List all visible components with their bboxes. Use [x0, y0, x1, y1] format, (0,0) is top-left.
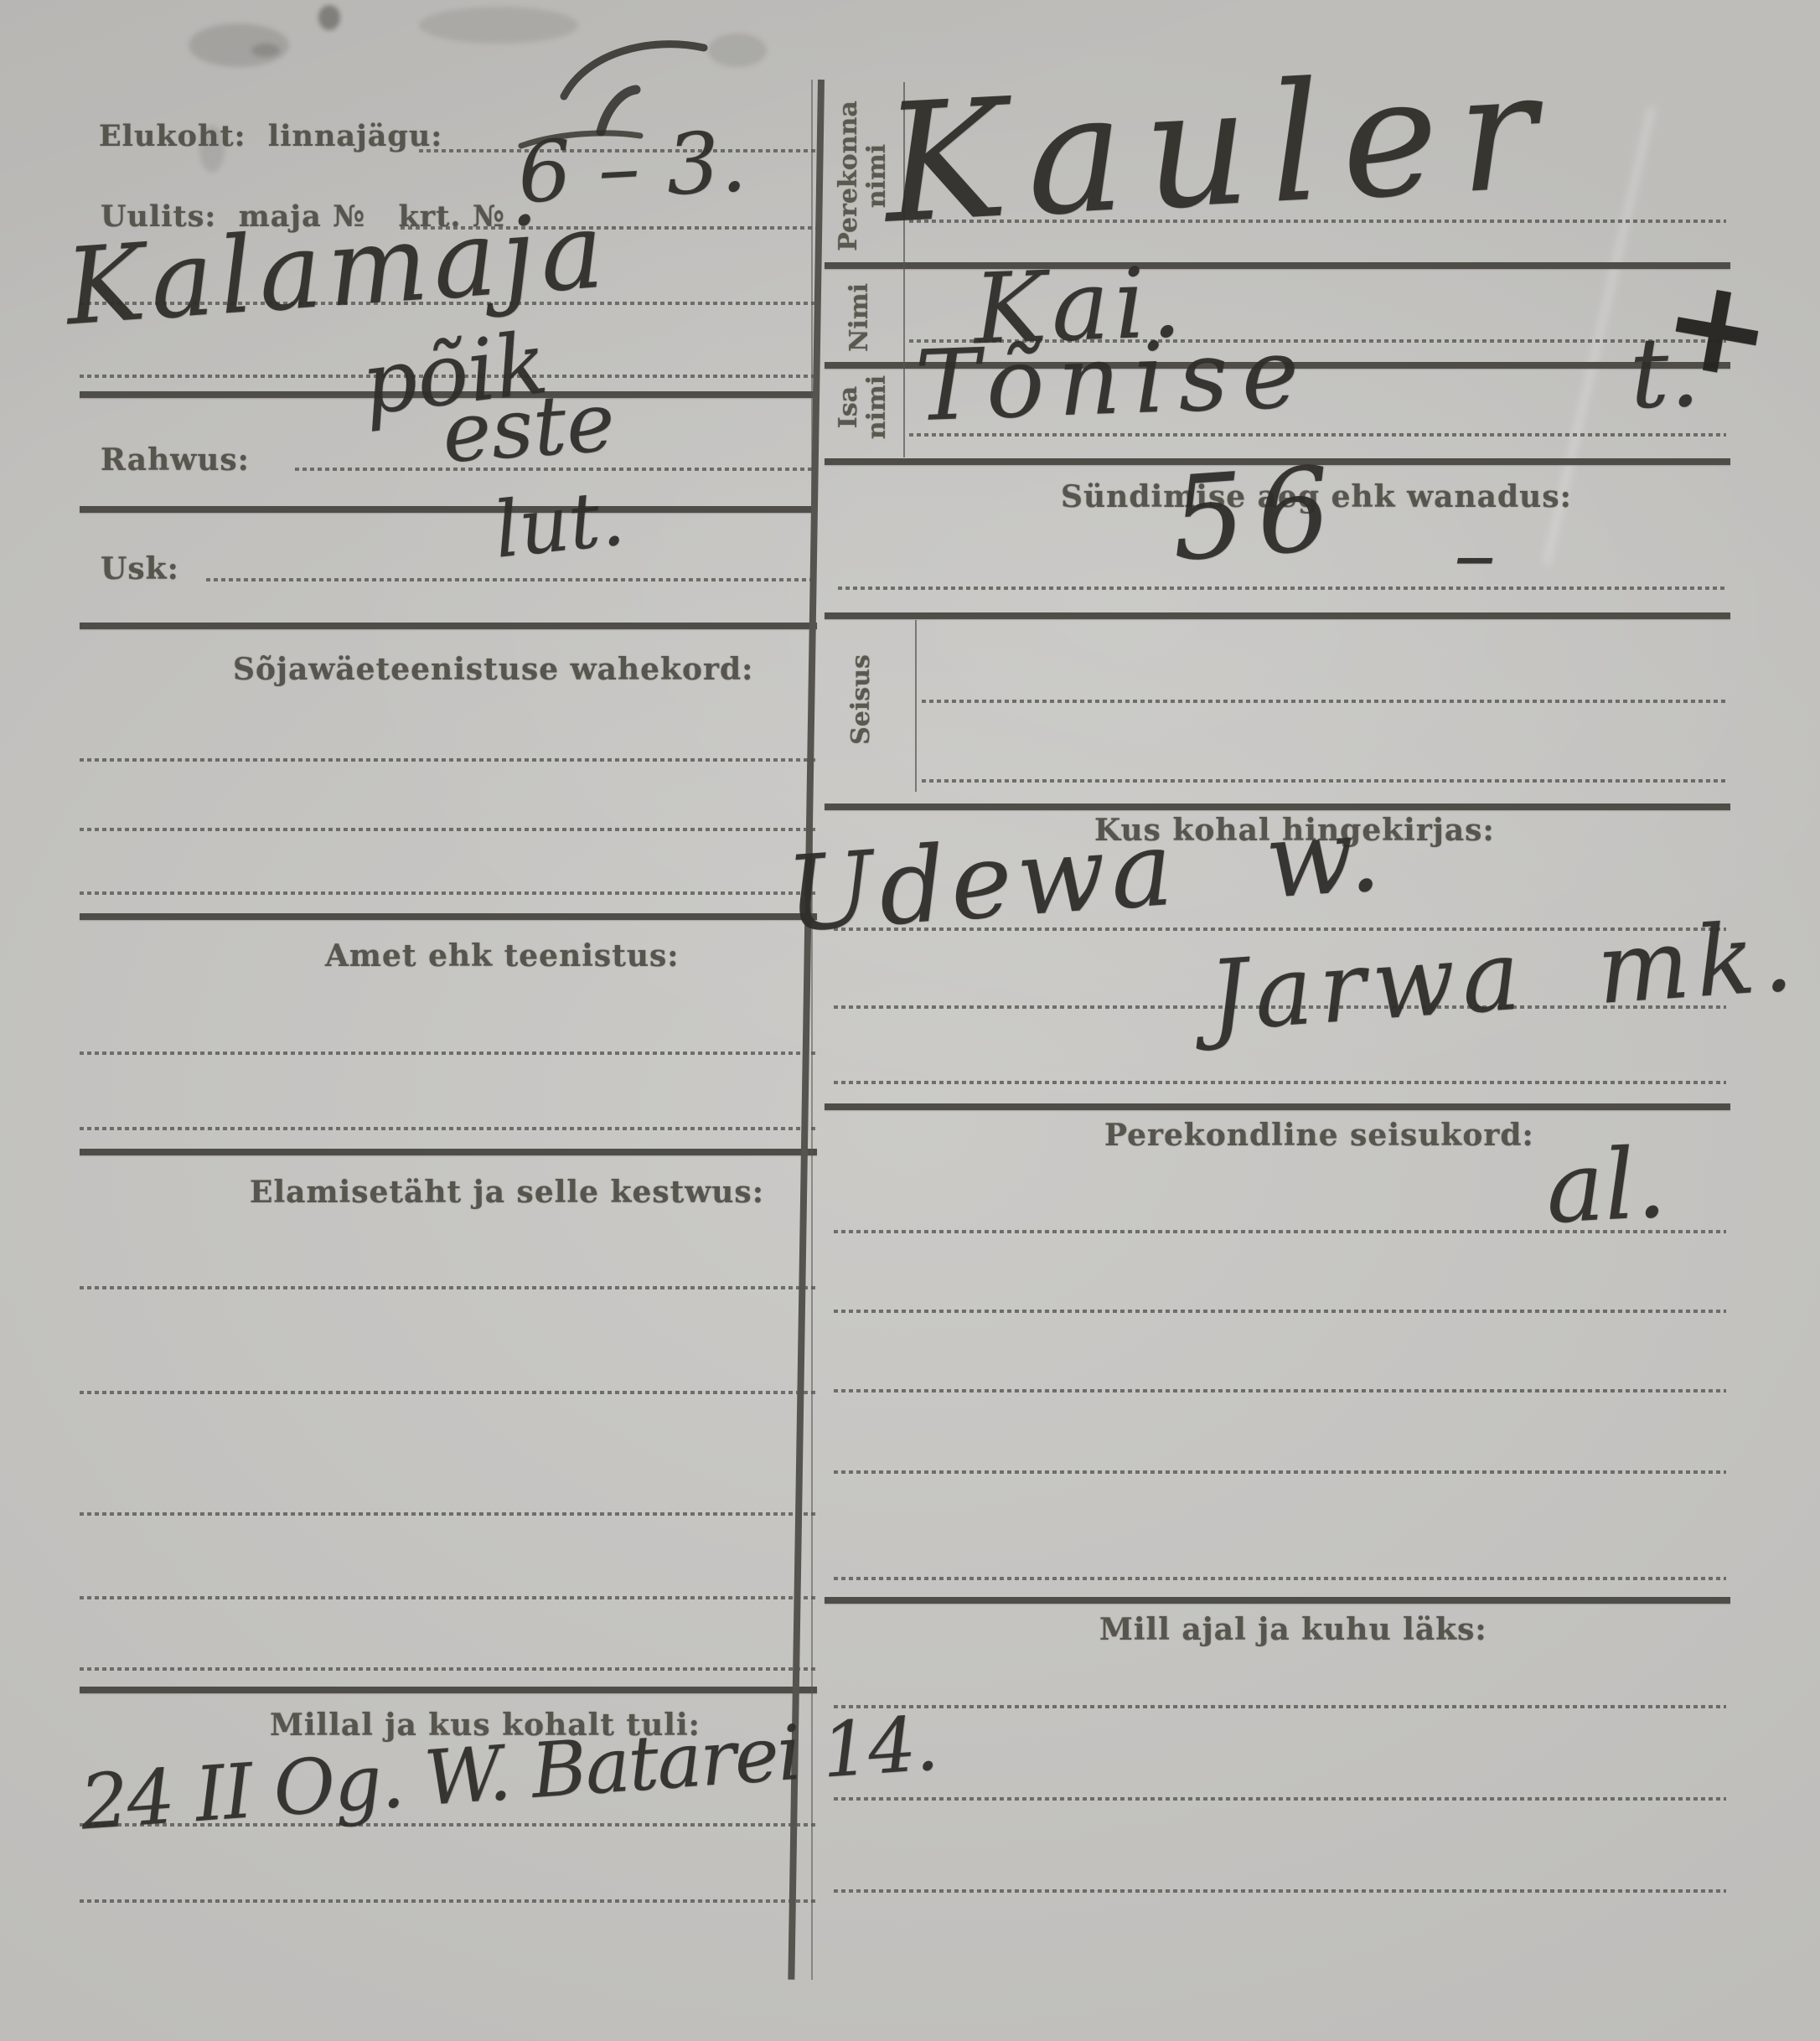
thick-rule — [825, 1597, 1730, 1604]
dotted-rule — [80, 1127, 817, 1130]
handwritten-age-dash: – — [1454, 513, 1496, 597]
thick-rule — [80, 913, 817, 920]
dotted-rule — [922, 779, 1726, 783]
paper-stain — [251, 44, 280, 57]
dotted-rule — [834, 1705, 1726, 1708]
field-label-perekondline-seisukord: Perekondline seisukord: — [1104, 1118, 1534, 1153]
handwritten-surname: Kauler — [880, 48, 1560, 246]
handwritten-nationality: este — [440, 381, 618, 475]
thick-rule — [80, 1687, 817, 1693]
thick-rule — [80, 1149, 817, 1155]
dotted-rule — [834, 1577, 1726, 1580]
column-divider — [788, 80, 825, 1980]
field-label-elamisetaht: Elamisetäht ja selle kestwus: — [250, 1175, 764, 1210]
handwritten-age: 56 — [1167, 451, 1346, 578]
dotted-rule — [80, 891, 817, 895]
handwritten-religion: lut. — [491, 479, 628, 570]
field-label-nimi: Nimi — [845, 267, 874, 368]
handwritten-father-name: Tõnise — [913, 325, 1314, 436]
dotted-rule — [80, 1899, 817, 1903]
dotted-rule — [834, 1889, 1726, 1893]
dotted-rule — [80, 828, 817, 831]
dotted-rule — [80, 1512, 817, 1516]
ink-flourish-stroke — [518, 126, 644, 151]
field-label-usk: Usk: — [101, 551, 179, 586]
field-label-seisus: Seisus — [847, 636, 876, 763]
dotted-rule — [834, 1389, 1726, 1393]
handwritten-father-name-suffix: t. — [1628, 324, 1701, 424]
handwritten-parish: Udewa w. — [783, 802, 1389, 948]
field-label-sojawaeteenistuse: Sõjawäeteenistuse wahekord: — [233, 652, 753, 687]
dotted-rule — [834, 1470, 1726, 1474]
thick-rule — [825, 1103, 1730, 1110]
dotted-rule — [80, 1596, 817, 1599]
register-card-scan: Elukoht: linnajägu: Uulits: maja № krt. … — [0, 0, 1820, 2041]
paper-stain — [318, 5, 340, 30]
field-label-elukoht: Elukoht: linnajägu: — [99, 119, 442, 153]
dotted-rule — [80, 1052, 817, 1055]
field-label-isa-nimi: Isa nimi — [835, 355, 892, 459]
handwritten-marital-status: al. — [1543, 1134, 1668, 1238]
dotted-rule — [834, 1310, 1726, 1313]
label-strip-separator — [915, 620, 917, 792]
dotted-rule — [80, 1286, 817, 1289]
dotted-rule — [80, 1667, 817, 1671]
dotted-rule — [838, 586, 1726, 590]
thick-rule — [825, 262, 1730, 269]
thick-rule — [80, 623, 817, 629]
dotted-rule — [922, 700, 1726, 703]
dotted-rule — [834, 1081, 1726, 1084]
field-label-amet: Amet ehk teenistus: — [325, 938, 680, 974]
dotted-rule — [80, 758, 817, 762]
dotted-rule — [206, 578, 817, 581]
dotted-rule — [80, 1391, 817, 1394]
dotted-rule — [834, 1797, 1726, 1801]
thick-rule — [825, 612, 1730, 619]
ink-flourish-marks — [549, 29, 742, 138]
thick-rule — [80, 506, 817, 513]
field-label-rahwus: Rahwus: — [101, 442, 250, 478]
field-label-mill-ajal-laks: Mill ajal ja kuhu läks: — [1099, 1612, 1487, 1647]
